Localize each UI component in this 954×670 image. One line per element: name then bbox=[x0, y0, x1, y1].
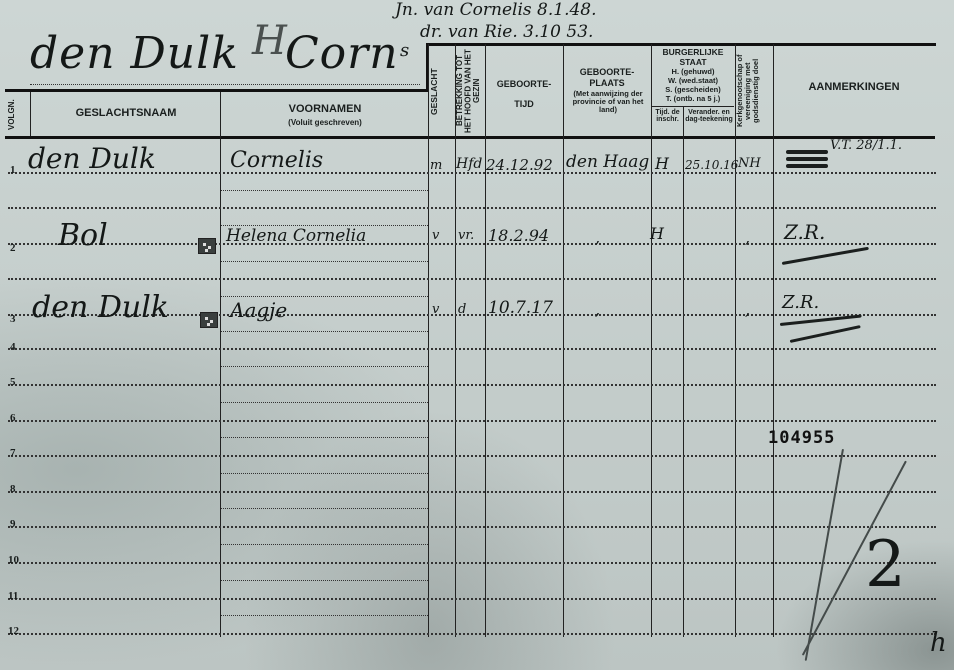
corner-mark: h bbox=[930, 628, 947, 658]
header-top-rule-left bbox=[5, 89, 428, 92]
row3-relation: d bbox=[458, 302, 466, 317]
row1-civil-status: H bbox=[655, 154, 669, 173]
pencil-number: 2 bbox=[865, 528, 906, 602]
col-rule-relation bbox=[485, 44, 486, 637]
row-rule bbox=[8, 420, 936, 422]
stamp-mark-icon bbox=[198, 238, 216, 254]
given-sub-rule bbox=[221, 402, 428, 403]
pencil-stroke bbox=[805, 449, 844, 661]
row-number: 7 bbox=[10, 447, 16, 459]
row-rule bbox=[8, 278, 936, 280]
title-dotted-line bbox=[30, 84, 420, 85]
row-rule bbox=[8, 455, 936, 457]
row-rule bbox=[8, 207, 936, 209]
row2-relation: vr. bbox=[458, 228, 474, 243]
bs-verander: Verander. en dag-teekening bbox=[684, 109, 734, 124]
given-sub-rule bbox=[221, 437, 428, 438]
bs-h: H. (gehuwd) bbox=[652, 68, 734, 76]
serial-number: 104955 bbox=[768, 428, 835, 448]
row2-remarks: Z.R. bbox=[784, 220, 825, 244]
row-rule bbox=[8, 384, 936, 386]
given-sub-rule bbox=[221, 331, 428, 332]
pencil-mark: H bbox=[252, 18, 287, 64]
header-geboorteplaats-sub: (Met aanwijzing der provincie of van het… bbox=[566, 90, 650, 114]
registration-card: den Dulk H Corn s Jn. van Cornelis 8.1.4… bbox=[0, 0, 954, 670]
card-firstname-title: Corn bbox=[285, 28, 399, 79]
row2-given: Helena Cornelia bbox=[226, 226, 366, 246]
row-number: 4 bbox=[10, 341, 16, 353]
row-number: 12 bbox=[8, 625, 19, 637]
header-geboorteplaats-2: PLAATS bbox=[564, 79, 650, 88]
row-number: 5 bbox=[10, 376, 16, 388]
row1-remarks: V.T. 28/1.1. bbox=[830, 138, 902, 153]
header-aanmerkingen: AANMERKINGEN bbox=[774, 82, 934, 94]
given-sub-rule bbox=[221, 296, 428, 297]
row1-status-change: 25.10.16 bbox=[685, 158, 738, 172]
given-sub-rule bbox=[221, 366, 428, 367]
header-geslachtsnaam: GESLACHTSNAAM bbox=[32, 108, 220, 120]
col-rule-sex bbox=[455, 44, 456, 637]
row-number: 11 bbox=[8, 590, 18, 602]
row1-birthdate: 24.12.92 bbox=[486, 156, 553, 174]
header-geboortetijd-2: TIJD bbox=[486, 100, 562, 109]
row1-given: Cornelis bbox=[230, 148, 323, 173]
row1-surname: den Dulk bbox=[28, 142, 156, 175]
row-rule bbox=[8, 562, 936, 564]
header-burgerlijke-staat-1: BURGERLIJKE bbox=[652, 48, 734, 57]
row-number: 9 bbox=[10, 518, 16, 530]
given-sub-rule bbox=[221, 473, 428, 474]
row2-sex: v bbox=[432, 228, 439, 243]
col-rule-birthplace bbox=[651, 44, 652, 637]
top-note-1: Jn. van Cornelis 8.1.48. bbox=[395, 0, 597, 20]
header-kerkgenootschap: Kerkgenootschap of vereeniging met godsd… bbox=[736, 48, 770, 134]
row-rule bbox=[8, 491, 936, 493]
header-top-rule-right bbox=[426, 43, 936, 46]
row3-strike bbox=[780, 314, 862, 326]
row3-birthdate: 10.7.17 bbox=[488, 298, 553, 318]
bs-w: W. (wed.staat) bbox=[652, 77, 734, 85]
given-sub-rule bbox=[221, 580, 428, 581]
header-voornamen-sub: (Voluit geschreven) bbox=[222, 119, 428, 127]
col-rule-religion bbox=[773, 44, 774, 637]
row2-religion: , bbox=[745, 228, 750, 247]
row1-strike bbox=[786, 164, 828, 168]
card-surname-title: den Dulk bbox=[30, 28, 239, 79]
bs-sub-rule bbox=[652, 106, 734, 107]
row-number: 3 bbox=[10, 313, 16, 325]
row3-remarks: Z.R. bbox=[782, 292, 819, 313]
row2-birthplace: , bbox=[595, 228, 600, 247]
row1-birthplace: den Haag bbox=[566, 152, 649, 172]
given-sub-rule bbox=[221, 544, 428, 545]
row1-religion: NH bbox=[738, 156, 761, 171]
row1-strike bbox=[786, 150, 828, 154]
row-rule bbox=[8, 633, 936, 635]
row1-strike bbox=[786, 157, 828, 161]
given-sub-rule bbox=[221, 615, 428, 616]
row2-surname: Bol bbox=[58, 218, 108, 253]
row3-sex: v bbox=[432, 302, 439, 317]
given-sub-rule bbox=[221, 508, 428, 509]
stamp-mark-icon bbox=[200, 312, 218, 328]
row1-relation: Hfd bbox=[456, 156, 482, 172]
row3-surname: den Dulk bbox=[32, 290, 169, 325]
col-rule-birthdate bbox=[563, 44, 564, 637]
row1-sex: m bbox=[430, 158, 442, 173]
row-rule bbox=[8, 526, 936, 528]
row-rule bbox=[8, 598, 936, 600]
bs-tijd: Tijd. de inschr. bbox=[652, 109, 683, 124]
header-voornamen: VOORNAMEN bbox=[222, 104, 428, 116]
row2-birthdate: 18.2.94 bbox=[488, 226, 549, 245]
header-volgnummer: VOLGN. bbox=[8, 96, 22, 134]
card-firstname-suffix: s bbox=[400, 40, 409, 61]
header-betrekking: BETREKKING TOT HET HOOFD VAN HET GEZIN bbox=[456, 48, 484, 134]
row2-underline bbox=[782, 247, 869, 265]
given-sub-rule bbox=[221, 261, 428, 262]
bs-t: T. (ontb. na 5 j.) bbox=[652, 95, 734, 103]
col-rule-volgn bbox=[30, 92, 31, 136]
row-rule bbox=[8, 348, 936, 350]
row3-given: Aagje bbox=[230, 298, 287, 322]
header-geslacht: GESLACHT bbox=[430, 50, 452, 134]
header-burgerlijke-staat-2: STAAT bbox=[652, 58, 734, 67]
row3-underline bbox=[790, 325, 861, 343]
header-geboortetijd-1: GEBOORTE- bbox=[486, 80, 562, 89]
row2-civil-status: H bbox=[650, 224, 664, 243]
row-number: 6 bbox=[10, 412, 16, 424]
given-sub-rule bbox=[221, 190, 428, 191]
row-number: 1 bbox=[10, 164, 16, 176]
header-bottom-rule bbox=[5, 136, 935, 139]
row3-birthplace: , bbox=[595, 300, 600, 319]
col-rule-given bbox=[428, 44, 429, 637]
row-number: 10 bbox=[8, 554, 19, 566]
col-rule-bs bbox=[735, 44, 736, 637]
row-number: 2 bbox=[10, 242, 16, 254]
row-number: 8 bbox=[10, 483, 16, 495]
header-geboorteplaats-1: GEBOORTE- bbox=[564, 68, 650, 77]
top-note-2: dr. van Rie. 3.10 53. bbox=[420, 22, 593, 42]
row3-religion: , bbox=[745, 300, 750, 319]
bs-s: S. (gescheiden) bbox=[652, 86, 734, 94]
